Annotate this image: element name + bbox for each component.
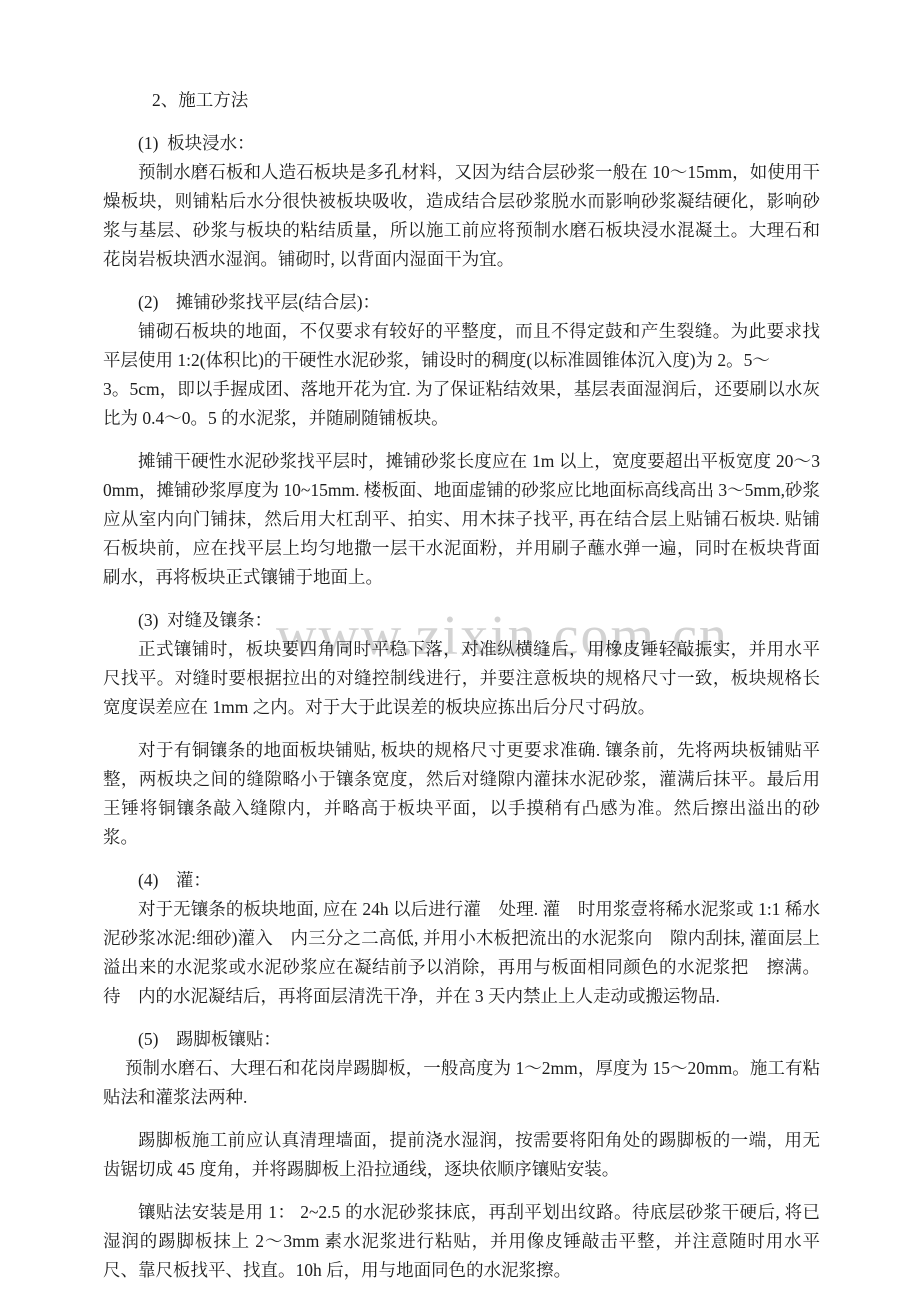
section-heading: (4) 灌：: [103, 866, 820, 895]
paragraph: 预制水磨石板和人造石板块是多孔材料，又因为结合层砂浆一般在 10～15mm，如使…: [103, 158, 820, 274]
section-heading: (5) 踢脚板镶贴：: [103, 1025, 820, 1054]
document-body: 2、施工方法(1) 板块浸水：预制水磨石板和人造石板块是多孔材料，又因为结合层砂…: [0, 0, 920, 1285]
section-heading: (3) 对缝及镶条：: [103, 606, 820, 635]
paragraph: 摊铺干硬性水泥砂浆找平层时，摊铺砂浆长度应在 1m 以上，宽度要超出平板宽度 2…: [103, 447, 820, 592]
paragraph: 镶贴法安装是用 1： 2~2.5 的水泥砂浆抹底，再刮平划出纹路。待底层砂浆干硬…: [103, 1198, 820, 1285]
paragraph: 铺砌石板块的地面，不仅要求有较好的平整度，而且不得定鼓和产生裂缝。为此要求找平层…: [103, 317, 820, 375]
paragraph: 3。5cm，即以手握成团、落地开花为宜. 为了保证粘结效果，基层表面湿润后，还要…: [103, 375, 820, 433]
section-heading: (1) 板块浸水：: [103, 129, 820, 158]
doc-title: 2、施工方法: [103, 86, 820, 115]
paragraph: 正式镶铺时，板块要四角同时平稳下落，对准纵横缝后，用橡皮锤轻敲振实，并用水平尺找…: [103, 635, 820, 722]
paragraph: 对于有铜镶条的地面板块铺贴, 板块的规格尺寸更要求准确. 镶条前，先将两块板铺贴…: [103, 736, 820, 852]
paragraph: 预制水磨石、大理石和花岗岸踢脚板，一般高度为 1～2mm，厚度为 15～20mm…: [103, 1054, 820, 1112]
paragraph: 对于无镶条的板块地面, 应在 24h 以后进行灌 处理. 灌 时用浆壹将稀水泥浆…: [103, 895, 820, 1011]
document-page: www.zixin.com.cn 2、施工方法(1) 板块浸水：预制水磨石板和人…: [0, 0, 920, 1301]
section-heading: (2) 摊铺砂浆找平层(结合层)：: [103, 288, 820, 317]
paragraph: 踢脚板施工前应认真清理墙面，提前浇水湿润，按需要将阳角处的踢脚板的一端，用无齿锯…: [103, 1126, 820, 1184]
